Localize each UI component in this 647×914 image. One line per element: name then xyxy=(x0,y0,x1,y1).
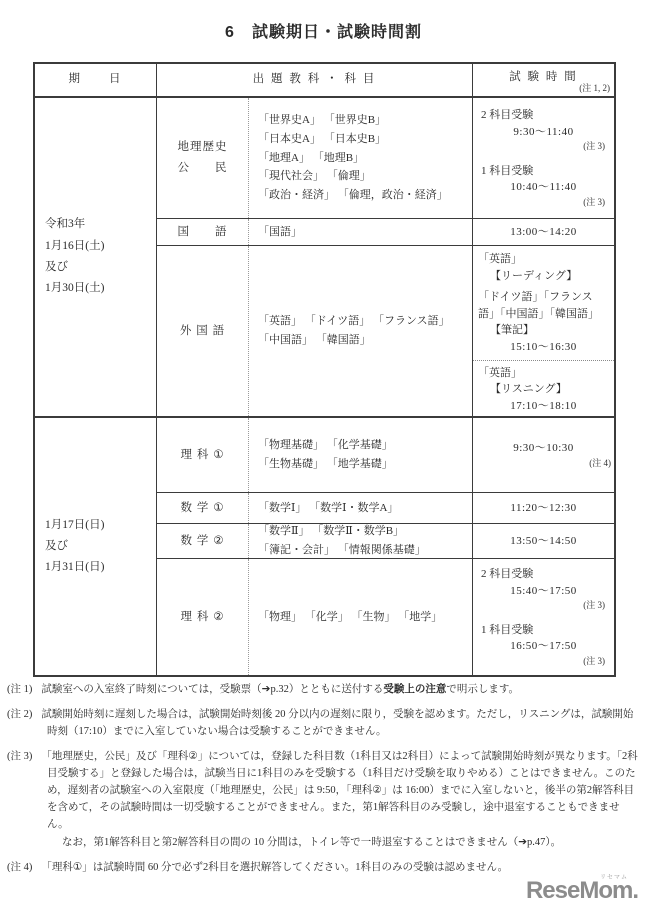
session-label: 1 科目受験 xyxy=(479,163,608,180)
session-time: 13:50～14:50 xyxy=(510,533,577,550)
row-foreign-language: 外 国 語 「英語」 「ドイツ語」 「フランス語」 「中国語」 「韓国語」 「英… xyxy=(157,246,614,416)
header-date: 期 日 xyxy=(35,64,157,96)
session-time: 15:10～16:30 xyxy=(478,339,609,356)
row-science2: 理 科 ② 「物理」 「化学」 「生物」 「地学」 2 科目受験 15:40～1… xyxy=(157,559,614,675)
footnote-2: (注 2)試験開始時刻に遅刻した場合は，試験開始時刻後 20 分以内の遅刻に限り… xyxy=(7,706,641,740)
session-label: 1 科目受験 xyxy=(479,622,608,639)
time-geography-civics: 2 科目受験 9:30～11:40 (注 3) 1 科目受験 10:40～11:… xyxy=(473,98,614,218)
footnote-3-text: 「地理歴史，公民」及び「理科②」については，登録した科目数（1科目又は2科目）に… xyxy=(41,751,637,830)
table-header-row: 期 日 出 題 教 科 ・ 科 目 試 験 時 間 (注 1, 2) xyxy=(35,64,614,98)
session-time: 9:30～10:30 xyxy=(473,440,614,457)
time-science2: 2 科目受験 15:40～17:50 (注 3) 1 科目受験 16:50～17… xyxy=(473,559,614,675)
footnote-3: (注 3)「地理歴史，公民」及び「理科②」については，登録した科目数（1科目又は… xyxy=(7,748,641,851)
footnotes: (注 1)試験室への入室終了時刻については，受験票（➔p.32）とともに送付する… xyxy=(7,681,641,884)
session-time: 16:50～17:50 xyxy=(479,638,608,655)
session-2subjects: 2 科目受験 9:30～11:40 (注 3) xyxy=(479,107,608,154)
session-time: 11:20～12:30 xyxy=(510,500,576,517)
session-note: (注 3) xyxy=(479,196,608,210)
row-math1: 数 学 ① 「数学Ⅰ」 「数学Ⅰ・数学A」 11:20～12:30 xyxy=(157,493,614,524)
footnote-1-text: 試験室への入室終了時刻については，受験票（➔p.32）とともに送付する xyxy=(41,684,383,695)
session-label: 2 科目受験 xyxy=(479,107,608,124)
exam-schedule-table: 期 日 出 題 教 科 ・ 科 目 試 験 時 間 (注 1, 2) 令和3年 … xyxy=(33,62,616,677)
session-note: (注 3) xyxy=(479,655,608,669)
subjects-japanese: 「国語」 xyxy=(249,219,473,245)
subject-line: 「ドイツ語」「フランス語」「中国語」「韓国語」 xyxy=(478,289,609,322)
category-math1: 数 学 ① xyxy=(157,493,249,523)
subjects-science2: 「物理」 「化学」 「生物」 「地学」 xyxy=(249,559,473,675)
category-math2: 数 学 ② xyxy=(157,524,249,558)
day1-block: 令和3年 1月16日(土) 及び 1月30日(土) 地理歴史 公 民 「世界史A… xyxy=(35,98,614,416)
category-foreign-language: 外 国 語 xyxy=(157,246,249,416)
day2-date: 1月17日(日) 及び 1月31日(日) xyxy=(35,418,157,675)
session-label: 2 科目受験 xyxy=(479,566,608,583)
resemom-logo: リセマム ReseMom. xyxy=(526,877,638,905)
written-section: 「ドイツ語」「フランス語」「中国語」「韓国語」 【筆記】 15:10～16:30 xyxy=(473,286,614,360)
header-time-label: 試 験 時 間 xyxy=(509,69,578,86)
subjects-science1: 「物理基礎」 「化学基礎」 「生物基礎」 「地学基礎」 xyxy=(249,418,473,492)
english-listening-section: 「英語」 【リスニング】 17:10～18:10 xyxy=(473,360,614,417)
header-time-note: (注 1, 2) xyxy=(579,82,610,96)
subjects-foreign-language: 「英語」 「ドイツ語」 「フランス語」 「中国語」 「韓国語」 xyxy=(249,246,473,416)
resemom-logo-ruby: リセマム xyxy=(600,872,628,881)
footnote-3-label: (注 3) xyxy=(7,751,32,762)
session-note: (注 4) xyxy=(473,457,614,471)
format-label: 【筆記】 xyxy=(478,322,609,339)
time-science1: 9:30～10:30 (注 4) xyxy=(473,418,614,492)
session-time: 15:40～17:50 xyxy=(479,583,608,600)
session-time: 10:40～11:40 xyxy=(479,179,608,196)
footnote-4-text: 「理科①」は試験時間 60 分で必ず2科目を選択解答してください。1科目のみの受… xyxy=(41,862,508,873)
category-geography-civics: 地理歴史 公 民 xyxy=(157,98,249,218)
header-time: 試 験 時 間 (注 1, 2) xyxy=(473,64,614,96)
time-math1: 11:20～12:30 xyxy=(473,493,614,523)
day1-date: 令和3年 1月16日(土) 及び 1月30日(土) xyxy=(35,98,157,416)
header-subjects: 出 題 教 科 ・ 科 目 xyxy=(157,64,473,96)
format-label: 【リーディング】 xyxy=(478,268,609,285)
subject-line: 「英語」 xyxy=(478,365,609,382)
page-title: 6 試験期日・試験時間割 xyxy=(0,19,647,42)
session-note: (注 3) xyxy=(479,599,608,613)
footnote-1-text-end: で明示します。 xyxy=(446,684,519,695)
row-geography-civics: 地理歴史 公 民 「世界史A」 「世界史B」 「日本史A」 「日本史B」 「地理… xyxy=(157,98,614,219)
category-science1: 理 科 ① xyxy=(157,418,249,492)
category-science2: 理 科 ② xyxy=(157,559,249,675)
session-note: (注 3) xyxy=(479,140,608,154)
subjects-math2: 「数学Ⅱ」 「数学Ⅱ・数学B」 「簿記・会計」 「情報関係基礎」 xyxy=(249,524,473,558)
footnote-1-bold: 受験上の注意 xyxy=(383,684,446,695)
resemom-logo-text: ReseMom. xyxy=(526,877,638,904)
category-japanese: 国 語 xyxy=(157,219,249,245)
subjects-math1: 「数学Ⅰ」 「数学Ⅰ・数学A」 xyxy=(249,493,473,523)
row-math2: 数 学 ② 「数学Ⅱ」 「数学Ⅱ・数学B」 「簿記・会計」 「情報関係基礎」 1… xyxy=(157,524,614,559)
time-japanese: 13:00～14:20 xyxy=(473,219,614,245)
footnote-1: (注 1)試験室への入室終了時刻については，受験票（➔p.32）とともに送付する… xyxy=(7,681,641,698)
footnote-2-text: 試験開始時刻に遅刻した場合は，試験開始時刻後 20 分以内の遅刻に限り，受験を認… xyxy=(41,709,633,737)
row-japanese: 国 語 「国語」 13:00～14:20 xyxy=(157,219,614,246)
document-page: 6 試験期日・試験時間割 期 日 出 題 教 科 ・ 科 目 試 験 時 間 (… xyxy=(0,0,647,914)
format-label: 【リスニング】 xyxy=(478,381,609,398)
session-time: 13:00～14:20 xyxy=(510,224,577,241)
session-time: 9:30～11:40 xyxy=(479,124,608,141)
footnote-4: (注 4)「理科①」は試験時間 60 分で必ず2科目を選択解答してください。1科… xyxy=(7,859,641,876)
footnote-4-label: (注 4) xyxy=(7,862,32,873)
subjects-geography-civics: 「世界史A」 「世界史B」 「日本史A」 「日本史B」 「地理A」 「地理B」 … xyxy=(249,98,473,218)
subject-line: 「英語」 xyxy=(478,251,609,268)
footnote-3-continued: なお，第1解答科目と第2解答科目の間の 10 分間は，トイレ等で一時退室すること… xyxy=(47,834,641,851)
row-science1: 理 科 ① 「物理基礎」 「化学基礎」 「生物基礎」 「地学基礎」 9:30～1… xyxy=(157,418,614,493)
time-math2: 13:50～14:50 xyxy=(473,524,614,558)
session-1subject: 1 科目受験 10:40～11:40 (注 3) xyxy=(479,163,608,210)
session-2subjects: 2 科目受験 15:40～17:50 (注 3) xyxy=(479,566,608,613)
english-reading-section: 「英語」 【リーディング】 xyxy=(473,246,614,286)
session-1subject: 1 科目受験 16:50～17:50 (注 3) xyxy=(479,622,608,669)
footnote-2-label: (注 2) xyxy=(7,709,32,720)
time-foreign-language: 「英語」 【リーディング】 「ドイツ語」「フランス語」「中国語」「韓国語」 【筆… xyxy=(473,246,614,416)
footnote-1-label: (注 1) xyxy=(7,684,32,695)
day2-block: 1月17日(日) 及び 1月31日(日) 理 科 ① 「物理基礎」 「化学基礎」… xyxy=(35,416,614,675)
session-time: 17:10～18:10 xyxy=(478,398,609,415)
